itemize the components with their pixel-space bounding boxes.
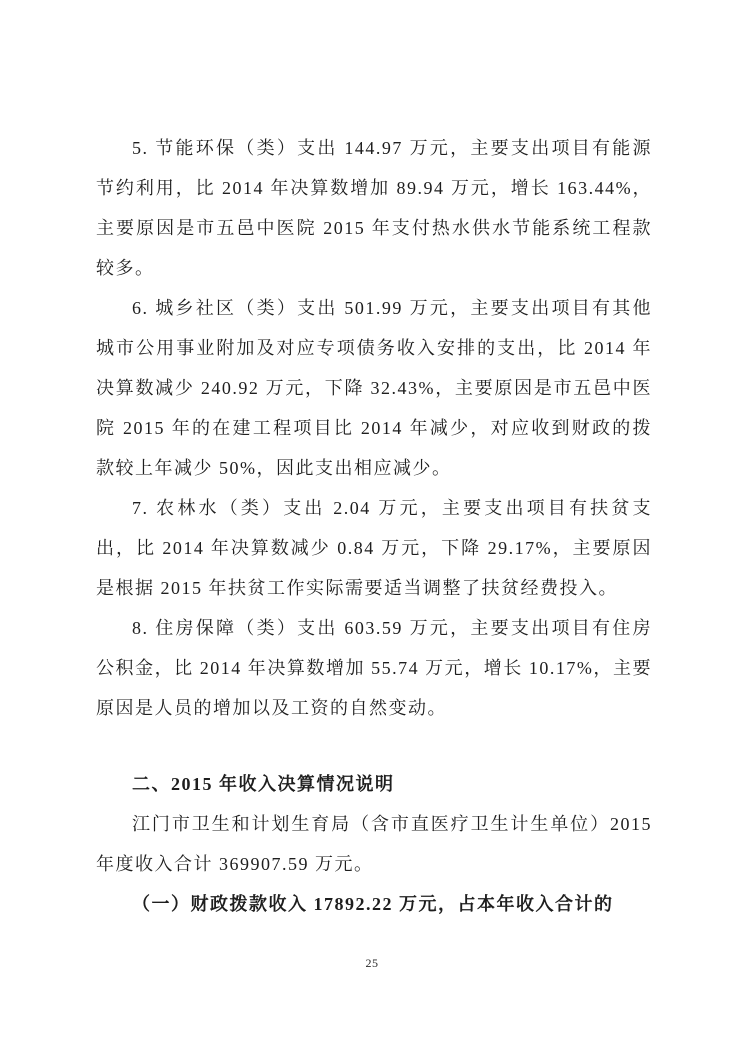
paragraph-expenditure-5: 5. 节能环保（类）支出 144.97 万元，主要支出项目有能源节约利用，比 2…	[96, 128, 652, 288]
document-page: 5. 节能环保（类）支出 144.97 万元，主要支出项目有能源节约利用，比 2…	[0, 0, 744, 1052]
section-heading-income: 二、2015 年收入决算情况说明	[96, 764, 652, 804]
paragraph-expenditure-6: 6. 城乡社区（类）支出 501.99 万元，主要支出项目有其他城市公用事业附加…	[96, 288, 652, 488]
paragraph-expenditure-8: 8. 住房保障（类）支出 603.59 万元，主要支出项目有住房公积金，比 20…	[96, 608, 652, 728]
page-number: 25	[0, 956, 744, 971]
paragraph-income-intro: 江门市卫生和计划生育局（含市直医疗卫生计生单位）2015 年度收入合计 3699…	[96, 804, 652, 884]
paragraph-fiscal-allocation-income: （一）财政拨款收入 17892.22 万元，占本年收入合计的	[96, 884, 652, 924]
paragraph-expenditure-7: 7. 农林水（类）支出 2.04 万元，主要支出项目有扶贫支出，比 2014 年…	[96, 488, 652, 608]
document-body: 5. 节能环保（类）支出 144.97 万元，主要支出项目有能源节约利用，比 2…	[96, 128, 652, 924]
